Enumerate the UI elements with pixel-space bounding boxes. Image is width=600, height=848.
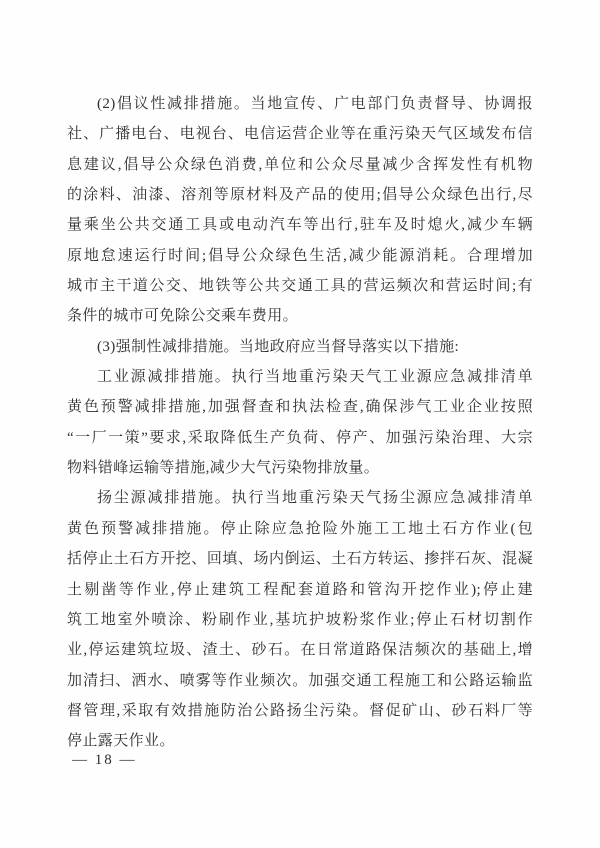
text-line: 土剔凿等作业,停止建筑工程配套道路和管沟开挖作业);停止建 (67, 575, 533, 605)
page-number: — 18 — (72, 752, 137, 768)
paragraph-dust-source: 扬尘源减排措施。执行当地重污染天气扬尘源应急减排清单 黄色预警减排措施。停止除应… (67, 483, 533, 756)
text-line: 原地怠速运行时间;倡导公众绿色生活,减少能源消耗。合理增加 (67, 241, 533, 271)
text-line: 息建议,倡导公众绿色消费,单位和公众尽量减少含挥发性有机物 (67, 150, 533, 180)
text-line: (2)倡议性减排措施。当地宣传、广电部门负责督导、协调报 (67, 89, 533, 119)
paragraph-industrial-source: 工业源减排措施。执行当地重污染天气工业源应急减排清单 黄色预警减排措施,加强督查… (67, 362, 533, 483)
text-line: 扬尘源减排措施。执行当地重污染天气扬尘源应急减排清单 (67, 483, 533, 513)
text-line: 黄色预警减排措施,加强督查和执法检查,确保涉气工业企业按照 (67, 392, 533, 422)
text-line: 加清扫、洒水、喷雾等作业频次。加强交通工程施工和公路运输监 (67, 666, 533, 696)
text-line: 物料错峰运输等措施,减少大气污染物排放量。 (67, 453, 533, 483)
text-line: 的涂料、油漆、溶剂等原材料及产品的使用;倡导公众绿色出行,尽 (67, 180, 533, 210)
document-page: (2)倡议性减排措施。当地宣传、广电部门负责督导、协调报 社、广播电台、电视台、… (0, 0, 600, 848)
text-line: 城市主干道公交、地铁等公共交通工具的营运频次和营运时间;有 (67, 271, 533, 301)
paragraph-advocacy-measures: (2)倡议性减排措施。当地宣传、广电部门负责督导、协调报 社、广播电台、电视台、… (67, 89, 533, 332)
text-line: 量乘坐公共交通工具或电动汽车等出行,驻车及时熄火,减少车辆 (67, 210, 533, 240)
text-line: “一厂一策”要求,采取降低生产负荷、停产、加强污染治理、大宗 (67, 423, 533, 453)
text-line: 业,停运建筑垃圾、渣土、砂石。在日常道路保洁频次的基础上,增 (67, 635, 533, 665)
text-line: 条件的城市可免除公交乘车费用。 (67, 301, 533, 331)
text-line: 督管理,采取有效措施防治公路扬尘污染。督促矿山、砂石料厂等 (67, 696, 533, 726)
text-line: 括停止土石方开挖、回填、场内倒运、土石方转运、掺拌石灰、混凝 (67, 544, 533, 574)
text-line: 黄色预警减排措施。停止除应急抢险外施工工地土石方作业(包 (67, 514, 533, 544)
text-line: 筑工地室外喷涂、粉刷作业,基坑护坡粉浆作业;停止石材切割作 (67, 605, 533, 635)
text-line: 工业源减排措施。执行当地重污染天气工业源应急减排清单 (67, 362, 533, 392)
body-text: (2)倡议性减排措施。当地宣传、广电部门负责督导、协调报 社、广播电台、电视台、… (67, 89, 533, 757)
text-line: 社、广播电台、电视台、电信运营企业等在重污染天气区域发布信 (67, 119, 533, 149)
text-line: (3)强制性减排措施。当地政府应当督导落实以下措施: (67, 332, 533, 362)
paragraph-mandatory-measures: (3)强制性减排措施。当地政府应当督导落实以下措施: (67, 332, 533, 362)
